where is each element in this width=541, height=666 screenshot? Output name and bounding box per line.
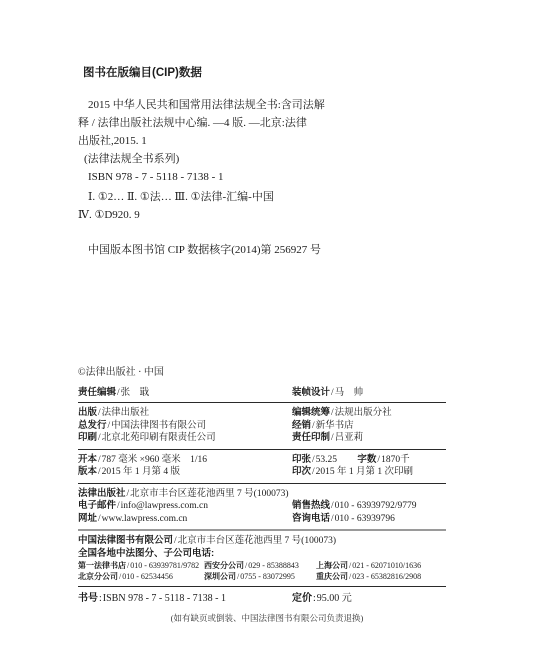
return-policy-note: (如有缺页或倒装、中国法律图书有限公司负责退换) [78, 612, 446, 625]
field-label: 北京分公司 [78, 572, 118, 581]
field-responsible-editor: 责任编辑/张 戢 [78, 387, 292, 400]
field-label: 书号 [78, 593, 98, 604]
field-seller: 经销/新华书店 [292, 420, 446, 433]
divider [78, 402, 446, 403]
field-value: 北京市丰台区莲花池西里 7 号(100073) [178, 536, 336, 546]
field-label: 装帧设计 [292, 387, 330, 398]
cip-isbn-line: ISBN 978 - 7 - 5118 - 7138 - 1 [78, 168, 446, 186]
field-label: 版本 [78, 466, 97, 477]
table-row: 印刷/北京北苑印刷有限责任公司 责任印制/吕亚莉 [78, 432, 446, 445]
field-label: 定价 [292, 593, 312, 604]
cip-series-line: (法律法规全书系列) [78, 150, 446, 168]
field-inquiry-phone: 咨询电话/010 - 63939796 [292, 513, 446, 526]
press-contact-section: 法律出版社/北京市丰台区莲花池西里 7 号(100073) 电子邮件/info@… [78, 487, 446, 527]
field-label: 责任编辑 [78, 387, 116, 398]
field-label: 网址 [78, 513, 97, 524]
field-value: 010 - 63939796 [335, 514, 395, 524]
field-label: 电子邮件 [78, 500, 116, 511]
field-email: 电子邮件/info@lawpress.com.cn [78, 500, 292, 513]
field-value: 53.25 [316, 455, 337, 465]
cip-registry-number: 中国版本图书馆 CIP 数据核字(2014)第 256927 号 [78, 241, 446, 259]
field-general-distributor: 总发行/中国法律图书有限公司 [78, 420, 292, 433]
cip-classification-line: Ⅰ. ①2… Ⅱ. ①法… Ⅲ. ①法律-汇编-中国 [78, 188, 446, 206]
field-branch-phone: 西安分公司/029 - 85388843 [204, 560, 316, 571]
divider [78, 483, 446, 484]
divider-thick [78, 529, 446, 531]
field-word-count: 字数/1870千 [357, 455, 409, 465]
field-value: 021 - 62071010/1636 [352, 561, 421, 570]
field-label: 中国法律图书有限公司 [78, 535, 173, 546]
field-label: 深圳公司 [204, 572, 236, 581]
field-value: www.lawpress.com.cn [102, 514, 188, 524]
cip-block: 图书在版编目(CIP)数据 2015 中华人民共和国常用法律法规全书:含司法解 … [78, 64, 446, 259]
field-website: 网址/www.lawpress.com.cn [78, 513, 292, 526]
field-label: 总发行 [78, 420, 107, 431]
field-sheets-and-words: 印张/53.25 字数/1870千 [292, 454, 446, 467]
branches-heading: 全国各地中法图分、子公司电话: [78, 548, 446, 560]
field-value: 010 - 63939792/9779 [335, 501, 417, 511]
field-label: 字数 [357, 454, 376, 465]
field-value: ISBN 978 - 7 - 5118 - 7138 - 1 [103, 593, 226, 604]
field-printer: 印刷/北京北苑印刷有限责任公司 [78, 432, 292, 445]
field-label: 印次 [292, 466, 311, 477]
field-label: 开本 [78, 454, 97, 465]
field-value: 北京市丰台区莲花池西里 7 号(100073) [130, 489, 288, 499]
cip-header: 图书在版编目(CIP)数据 [78, 64, 446, 80]
field-value: 2015 年 1 月第 1 次印刷 [316, 467, 413, 477]
field-sales-hotline: 销售热线/010 - 63939792/9779 [292, 500, 446, 513]
distributor-section: 中国法律图书有限公司/北京市丰台区莲花池西里 7 号(100073) 全国各地中… [78, 534, 446, 583]
field-label: 重庆公司 [316, 572, 348, 581]
field-value: 010 - 63939781/9782 [130, 561, 199, 570]
cip-classification-line: Ⅳ. ①D920. 9 [78, 206, 446, 224]
field-edition: 版本/2015 年 1 月第 4 版 [78, 466, 292, 479]
field-value: 马 帅 [335, 388, 364, 398]
copyright-page: 图书在版编目(CIP)数据 2015 中华人民共和国常用法律法规全书:含司法解 … [0, 0, 541, 666]
field-editorial-coordinator: 编辑统筹/法规出版分社 [292, 407, 446, 420]
table-row: 出版/法律出版社 编辑统筹/法规出版分社 [78, 407, 446, 420]
field-label: 经销 [292, 420, 311, 431]
field-branch-phone: 重庆公司/023 - 65382816/2908 [316, 571, 421, 582]
field-label: 印刷 [78, 432, 97, 443]
field-print-sheets: 印张/53.25 [292, 455, 337, 465]
field-label: 印张 [292, 454, 311, 465]
field-label: 上海公司 [316, 561, 348, 570]
table-row: 开本/787 毫米 ×960 毫米 1/16 印张/53.25 字数/1870千 [78, 454, 446, 467]
field-value: 新华书店 [316, 421, 354, 431]
field-value: info@lawpress.com.cn [121, 501, 208, 511]
field-cover-designer: 装帧设计/马 帅 [292, 387, 446, 400]
divider [78, 586, 446, 587]
field-branch-phone: 上海公司/021 - 62071010/1636 [316, 560, 421, 571]
field-branch-phone: 北京分公司/010 - 62534456 [78, 571, 204, 582]
branch-phone-row: 第一法律书店/010 - 63939781/9782 西安分公司/029 - 8… [78, 560, 446, 571]
staff-row: 责任编辑/张 戢 装帧设计/马 帅 [78, 387, 446, 400]
copyright-notice: ©法律出版社 · 中国 [78, 367, 446, 380]
cip-record-line: 2015 中华人民共和国常用法律法规全书:含司法解 [78, 96, 446, 114]
cip-record-line: 释 / 法律出版社法规中心编. —4 版. —北京:法律 [78, 114, 446, 132]
price-row: 书号:ISBN 978 - 7 - 5118 - 7138 - 1 定价:95.… [78, 590, 446, 607]
page-content: 图书在版编目(CIP)数据 2015 中华人民共和国常用法律法规全书:含司法解 … [78, 64, 446, 625]
publisher-section: 出版/法律出版社 编辑统筹/法规出版分社 总发行/中国法律图书有限公司 经销/新… [78, 406, 446, 446]
table-row: 总发行/中国法律图书有限公司 经销/新华书店 [78, 420, 446, 433]
branch-phone-row: 北京分公司/010 - 62534456 深圳公司/0755 - 8307299… [78, 571, 446, 582]
field-value: 北京北苑印刷有限责任公司 [102, 433, 216, 443]
field-distributor-address: 中国法律图书有限公司/北京市丰台区莲花池西里 7 号(100073) [78, 535, 446, 548]
field-value: 0755 - 83072995 [240, 572, 295, 581]
field-label: 第一法律书店 [78, 561, 126, 570]
table-row: 版本/2015 年 1 月第 4 版 印次/2015 年 1 月第 1 次印刷 [78, 466, 446, 479]
field-value: 787 毫米 ×960 毫米 1/16 [102, 455, 207, 465]
field-value: 法律出版社 [102, 408, 150, 418]
field-value: 中国法律图书有限公司 [111, 421, 206, 431]
field-label: 出版 [78, 407, 97, 418]
field-value: 95.00 元 [317, 593, 352, 604]
divider [78, 449, 446, 450]
colophon: ©法律出版社 · 中国 责任编辑/张 戢 装帧设计/马 帅 出版/法律出版社 [78, 367, 446, 625]
field-branch-phone: 深圳公司/0755 - 83072995 [204, 571, 316, 582]
field-value: 029 - 85388843 [248, 561, 299, 570]
field-label: 编辑统筹 [292, 407, 330, 418]
field-value: 2015 年 1 月第 4 版 [102, 467, 180, 477]
table-row: 网址/www.lawpress.com.cn 咨询电话/010 - 639397… [78, 513, 446, 526]
field-format: 开本/787 毫米 ×960 毫米 1/16 [78, 454, 292, 467]
field-publisher: 出版/法律出版社 [78, 407, 292, 420]
field-branch-phone: 第一法律书店/010 - 63939781/9782 [78, 560, 204, 571]
cip-record-line: 出版社,2015. 1 [78, 132, 446, 150]
field-price: 定价:95.00 元 [292, 593, 446, 606]
field-value: 023 - 65382816/2908 [352, 572, 421, 581]
field-press-address: 法律出版社/北京市丰台区莲花池西里 7 号(100073) [78, 488, 446, 501]
field-book-number: 书号:ISBN 978 - 7 - 5118 - 7138 - 1 [78, 593, 292, 606]
field-label: 责任印制 [292, 432, 330, 443]
table-row: 电子邮件/info@lawpress.com.cn 销售热线/010 - 639… [78, 500, 446, 513]
field-label: 法律出版社 [78, 488, 126, 499]
format-section: 开本/787 毫米 ×960 毫米 1/16 印张/53.25 字数/1870千… [78, 453, 446, 480]
field-value: 1870千 [381, 455, 410, 465]
field-printing: 印次/2015 年 1 月第 1 次印刷 [292, 466, 446, 479]
field-label: 销售热线 [292, 500, 330, 511]
field-label: 咨询电话 [292, 513, 330, 524]
field-label: 西安分公司 [204, 561, 244, 570]
field-value: 法规出版分社 [335, 408, 392, 418]
field-print-supervisor: 责任印制/吕亚莉 [292, 432, 446, 445]
field-value: 010 - 62534456 [122, 572, 173, 581]
field-value: 张 戢 [121, 388, 150, 398]
field-value: 吕亚莉 [335, 433, 364, 443]
